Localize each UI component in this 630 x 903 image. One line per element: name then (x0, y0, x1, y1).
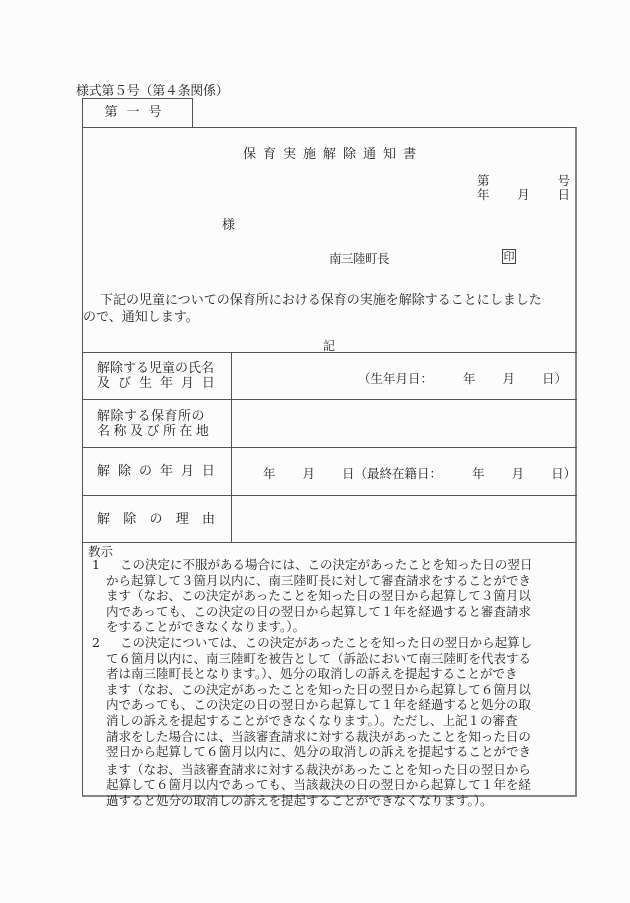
document-date-line: 年 月 日 (477, 185, 570, 203)
instruction-2-line: 消しの訴えを提起することができなくなります。）。ただし、上記１の審査 (106, 713, 574, 729)
table-column-divider (231, 352, 232, 542)
instruction-2-line: て６箇月以内に、南三陸町を被告として（訴訟において南三陸町を代表する (106, 651, 574, 667)
termination-date-field[interactable]: 年 月 日 （最終在籍日： 年 月 日） (263, 464, 576, 482)
instruction-1-line: から起算して３箇月以内に、南三陸町長に対して審査請求をすることができ (106, 573, 574, 589)
instruction-1-line: 内であっても、この決定の日の翌日から起算して１年を経過すると審査請求 (106, 604, 574, 620)
date-day: 日 (557, 185, 570, 203)
instruction-2-line: 請求をした場合には、当該審査請求に対する裁決があったことを知った日の (106, 729, 574, 745)
table-top-border (82, 352, 577, 353)
instruction-item-1: 1 この決定に不服がある場合には、この決定があったことを知った日の翌日 から起算… (88, 557, 574, 635)
form-label: 様式第５号（第４条関係） (76, 80, 228, 99)
date-month: 月 (517, 185, 530, 203)
nursery-field[interactable] (235, 402, 573, 444)
table-bottom-border (82, 542, 577, 543)
table-row-divider (82, 399, 577, 400)
row-label-termination-date: 解除の年月日 (97, 464, 215, 479)
instruction-item-2: 2 この決定については、この決定があったことを知った日の翌日から起算し て６箇月… (88, 635, 574, 809)
instruction-2-line: 翌日から起算して６箇月以内に、処分の取消しの訴えを提起することができ (106, 744, 574, 760)
instruction-2-line: 者は南三陸町長となります。）、処分の取消しの訴えを提起することができ (106, 666, 574, 682)
birthdate-field[interactable]: （生年月日： 年 月 日） (358, 369, 567, 387)
row-label-child-name: 解除する児童の氏名 及び生年月日 (97, 361, 215, 391)
table-row-divider (82, 495, 577, 496)
addressee-suffix: 様 (222, 214, 235, 233)
date-year: 年 (477, 185, 490, 203)
notice-text: 下記の児童についての保育所における保育の実施を解除することにしました ので、通知… (100, 292, 570, 326)
instruction-2-line: この決定については、この決定があったことを知った日の翌日から起算し (106, 635, 574, 651)
instruction-2-line: ます（なお、この決定があったことを知った日の翌日から起算して６箇月以 (106, 682, 574, 698)
reason-field[interactable] (235, 498, 573, 540)
instruction-2-line: 過すると処分の取消しの訴えを提起することができなくなります。）。 (106, 793, 574, 809)
notice-line-1: 下記の児童についての保育所における保育の実施を解除することにしました (100, 292, 570, 309)
instruction-2-line: 内であっても、この決定の日の翌日から起算して１年を経過すると処分の取 (106, 697, 574, 713)
document-title: 保育実施解除通知書 (243, 143, 423, 162)
notice-line-2: ので、通知します。 (83, 309, 570, 326)
instruction-1-line: この決定に不服がある場合には、この決定があったことを知った日の翌日 (106, 557, 574, 573)
instruction-1-line: をすることができなくなります。）。 (106, 619, 574, 635)
seal-mark: 印 (502, 249, 516, 264)
instruction-2-line: 起算して６箇月以内であっても、当該裁決の日の翌日から起算して１年を経 (106, 777, 574, 793)
row-label-nursery: 解除する保育所の 名称及び所在地 (97, 409, 209, 439)
instruction-1-line: ます（なお、この決定があったことを知った日の翌日から起算して３箇月以 (106, 588, 574, 604)
instruction-2-line: ます（なお、当該審査請求に対する裁決があったことを知った日の翌日から (106, 762, 574, 778)
issuer-name: 南三陸町長 (329, 249, 389, 267)
number-box: 第一号 (82, 98, 193, 127)
row-label-reason: 解除の理由 (97, 512, 215, 527)
table-row-divider (82, 447, 577, 448)
